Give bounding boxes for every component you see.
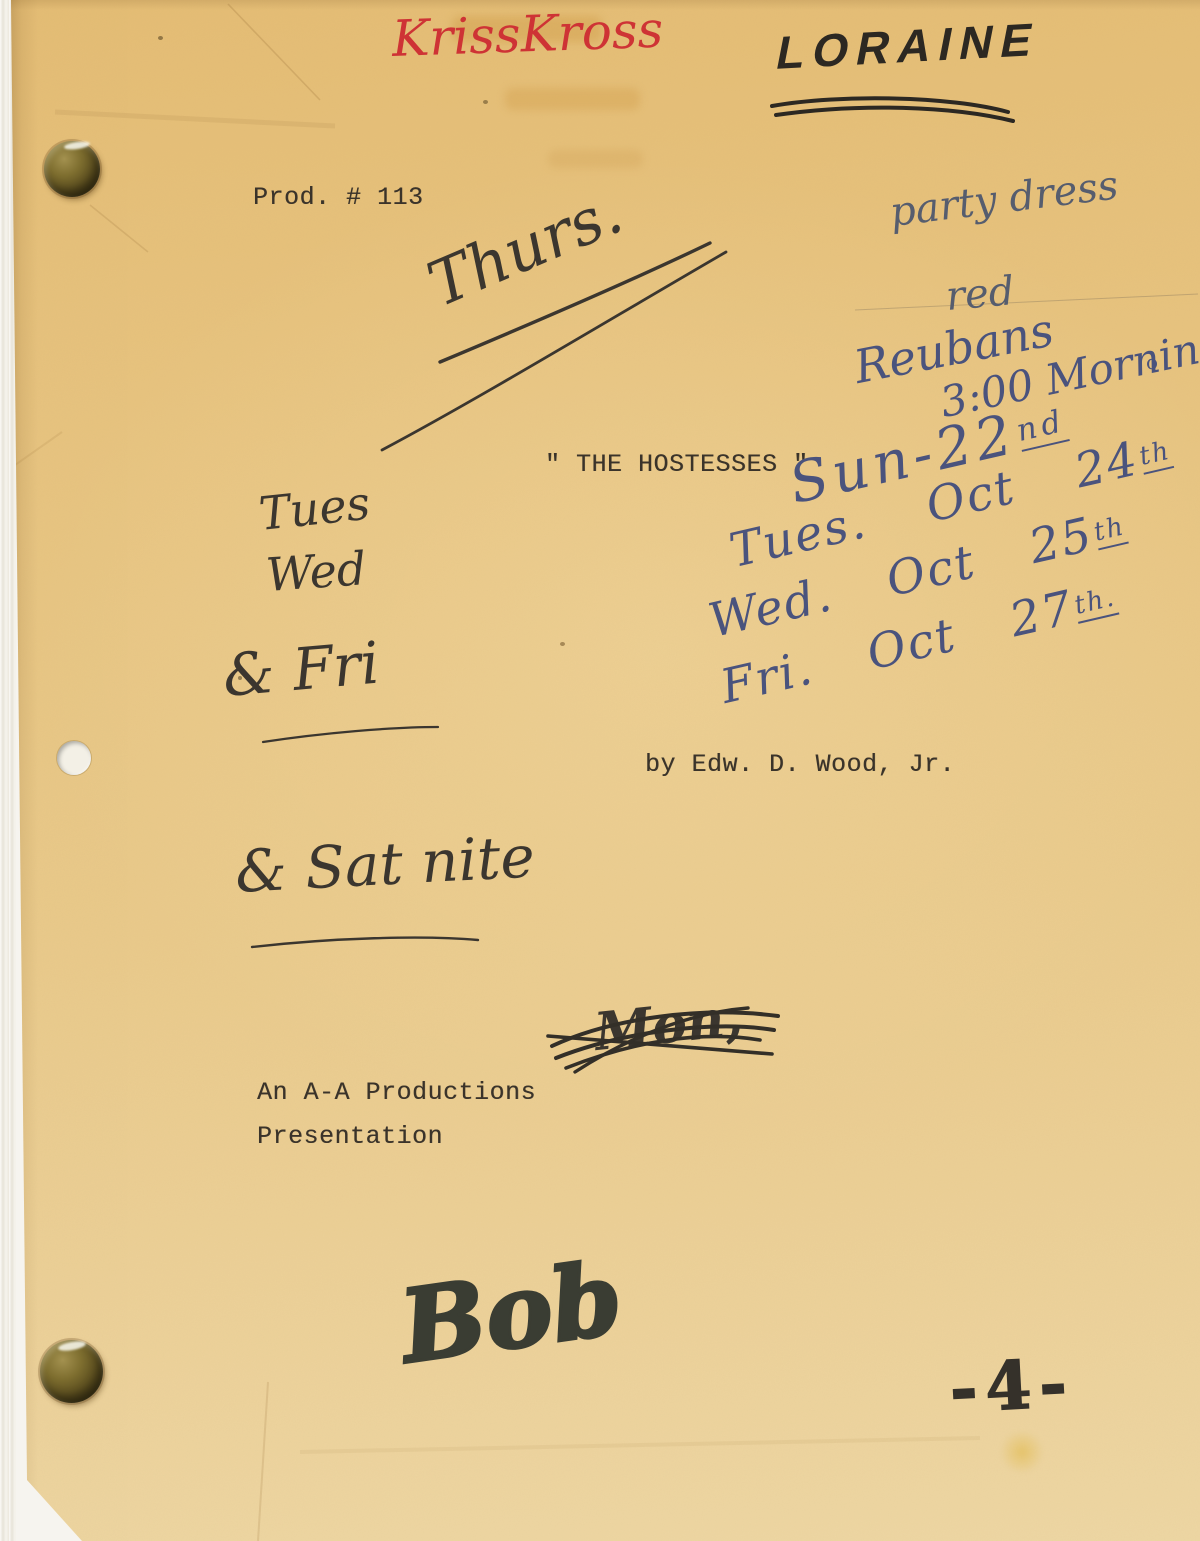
erased-smudge bbox=[505, 88, 640, 110]
script-cover-photo: { "colors": { "paper": "#e9c684", "paper… bbox=[0, 0, 1200, 1541]
day-note-tues: Tues bbox=[256, 476, 372, 541]
day-note-wed: Wed bbox=[264, 541, 368, 602]
punch-hole-middle bbox=[57, 741, 91, 775]
crossed-out-thurs: Thurs. bbox=[417, 175, 632, 321]
byline: by Edw. D. Wood, Jr. bbox=[645, 750, 955, 779]
paper-speck bbox=[158, 36, 163, 40]
fri-underline bbox=[263, 727, 438, 742]
loraine-underline bbox=[776, 108, 1013, 121]
crossed-out-mon: Mon, bbox=[592, 987, 746, 1063]
prod-number: Prod. # 113 bbox=[253, 183, 424, 212]
paper-speck bbox=[483, 100, 488, 104]
date-suffix: nd bbox=[1013, 403, 1070, 452]
date-suffix: th bbox=[1136, 435, 1174, 474]
sat-nite-underline bbox=[252, 938, 478, 947]
script-title: " THE HOSTESSES " bbox=[545, 450, 809, 479]
loraine-underline bbox=[772, 98, 1008, 112]
erased-smudge bbox=[548, 150, 643, 168]
wardrobe-note-party-dress: party dress bbox=[887, 162, 1120, 236]
date-suffix: th bbox=[1091, 511, 1129, 550]
day-note-fri: & Fri bbox=[220, 629, 382, 710]
page-number: -4- bbox=[948, 1344, 1077, 1428]
paper-speck bbox=[560, 642, 565, 646]
time-note-mark: o bbox=[1146, 350, 1158, 374]
red-note-krisskross: KrissKross bbox=[391, 1, 664, 68]
date-suffix: th. bbox=[1071, 582, 1119, 623]
production-company-line1: An A-A Productions bbox=[257, 1078, 536, 1107]
signature-bob: Bob bbox=[394, 1238, 629, 1386]
day-note-sat-nite: & Sat nite bbox=[233, 822, 536, 906]
yellow-stain bbox=[998, 1432, 1046, 1472]
script-cover-paper: Prod. # 113 " THE HOSTESSES " by Edw. D.… bbox=[0, 0, 1200, 1541]
production-company-line2: Presentation bbox=[257, 1122, 443, 1151]
name-loraine: LORAINE bbox=[772, 12, 1045, 80]
